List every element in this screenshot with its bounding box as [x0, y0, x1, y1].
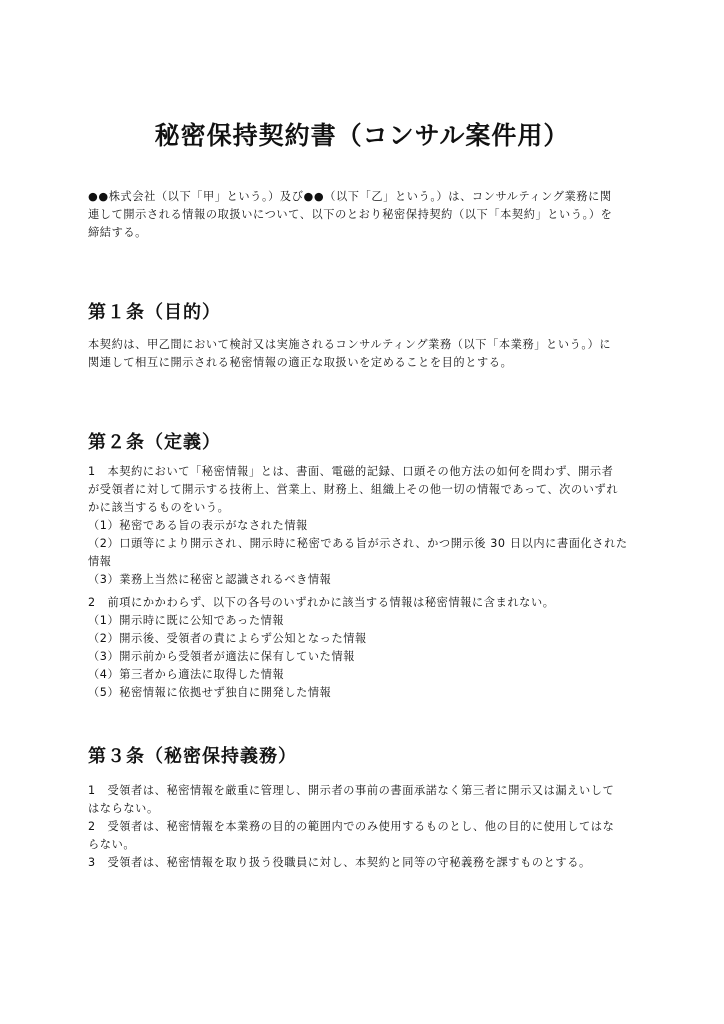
list-item: （3）開示前から受領者が適法に保有していた情報	[88, 648, 648, 666]
body-line: 1 本契約において「秘密情報」とは、書面、電磁的記録、口頭その他方法の如何を問わ…	[88, 463, 648, 481]
article-3-body: 1 受領者は、秘密情報を厳重に管理し、開示者の事前の書面承諾なく第三者に開示又は…	[88, 782, 648, 872]
body-line: 2 受領者は、秘密情報を本業務の目的の範囲内でのみ使用するものとし、他の目的に使…	[88, 818, 648, 836]
article-2-para-2: 2 前項にかかわらず、以下の各号のいずれかに該当する情報は秘密情報に含まれない。…	[88, 594, 648, 702]
body-line: かに該当するものをいう。	[88, 499, 648, 517]
preamble: ●●株式会社（以下「甲」という。）及び●●（以下「乙」という。）は、コンサルティ…	[88, 188, 648, 242]
list-item: （5）秘密情報に依拠せず独自に開発した情報	[88, 684, 648, 702]
list-item: （4）第三者から適法に取得した情報	[88, 666, 648, 684]
article-2-heading: 第２条（定義）	[88, 428, 221, 454]
preamble-line: ●●株式会社（以下「甲」という。）及び●●（以下「乙」という。）は、コンサルティ…	[88, 188, 648, 206]
list-item: （3）業務上当然に秘密と認識されるべき情報	[88, 571, 648, 589]
body-line: が受領者に対して開示する技術上、営業上、財務上、組織上その他一切の情報であって、…	[88, 481, 648, 499]
preamble-line: 連して開示される情報の取扱いについて、以下のとおり秘密保持契約（以下「本契約」と…	[88, 206, 648, 224]
preamble-line: 締結する。	[88, 224, 648, 242]
article-2-para-1: 1 本契約において「秘密情報」とは、書面、電磁的記録、口頭その他方法の如何を問わ…	[88, 463, 648, 589]
body-line: 2 前項にかかわらず、以下の各号のいずれかに該当する情報は秘密情報に含まれない。	[88, 594, 648, 612]
list-item: （2）開示後、受領者の責によらず公知となった情報	[88, 630, 648, 648]
document-page: 秘密保持契約書（コンサル案件用） ●●株式会社（以下「甲」という。）及び●●（以…	[0, 0, 724, 1024]
document-title: 秘密保持契約書（コンサル案件用）	[0, 116, 724, 152]
body-line: 関連して相互に開示される秘密情報の適正な取扱いを定めることを目的とする。	[88, 354, 648, 372]
article-1-heading: 第１条（目的）	[88, 298, 221, 324]
list-item: （1）秘密である旨の表示がなされた情報	[88, 517, 648, 535]
list-item: （2）口頭等により開示され、開示時に秘密である旨が示され、かつ開示後 30 日以…	[88, 535, 648, 553]
article-3-heading: 第３条（秘密保持義務）	[88, 742, 297, 768]
body-line: 3 受領者は、秘密情報を取り扱う役職員に対し、本契約と同等の守秘義務を課すものと…	[88, 854, 648, 872]
body-line: 1 受領者は、秘密情報を厳重に管理し、開示者の事前の書面承諾なく第三者に開示又は…	[88, 782, 648, 800]
list-item: （1）開示時に既に公知であった情報	[88, 612, 648, 630]
body-line: 情報	[88, 553, 648, 571]
body-line: らない。	[88, 836, 648, 854]
article-1-body: 本契約は、甲乙間において検討又は実施されるコンサルティング業務（以下「本業務」と…	[88, 336, 648, 372]
body-line: はならない。	[88, 800, 648, 818]
body-line: 本契約は、甲乙間において検討又は実施されるコンサルティング業務（以下「本業務」と…	[88, 336, 648, 354]
